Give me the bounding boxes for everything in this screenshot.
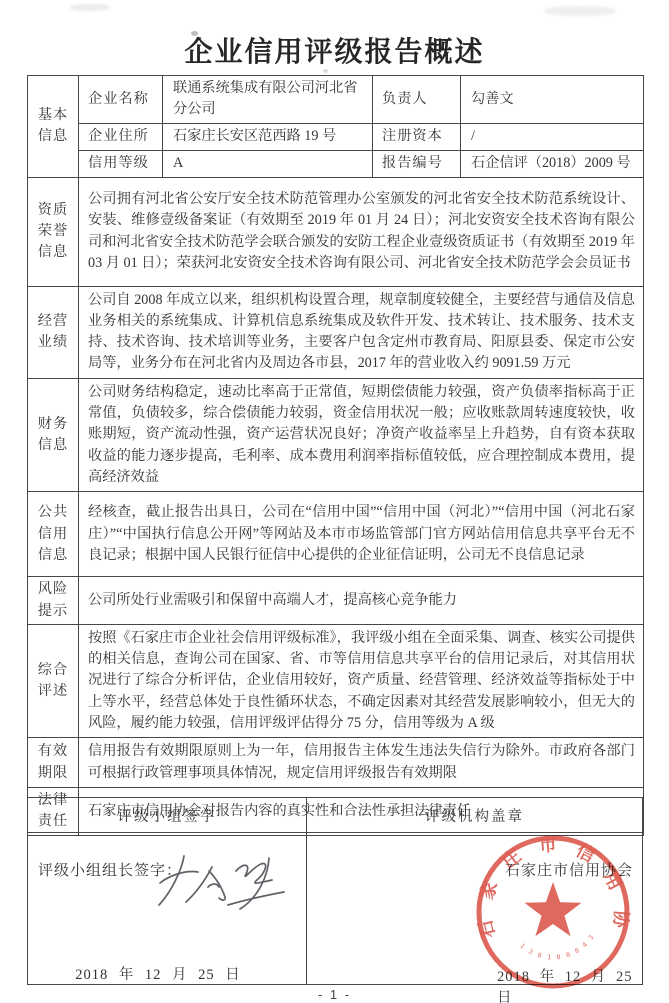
page-number: - 1 - xyxy=(0,987,669,1002)
field-value-person-in-charge: 勾善文 xyxy=(461,76,644,124)
scan-smudge xyxy=(545,6,615,16)
scanned-report-page: 企业信用评级报告概述 基本信息 企业名称 联通系统集成有限公司河北省分公司 负责… xyxy=(0,0,669,1003)
table-row: 公共信用信息 经核查，截止报告出具日，公司在“信用中国”“信用中国（河北）”“信… xyxy=(28,492,644,577)
section-label-financial-info: 财务信息 xyxy=(28,378,79,491)
seal-star-icon xyxy=(525,882,582,936)
section-content-financial-info: 公司财务结构稳定，速动比率高于正常值，短期偿债能力较强，资产负债率指标高于正常值… xyxy=(79,378,644,491)
rating-agency-seal-cell: 石家庄市信用协会 2018 年 12 月 25 日 石家庄市信用协会 13010… xyxy=(306,832,642,984)
section-content-public-credit-info: 经核查，截止报告出具日，公司在“信用中国”“信用中国（河北）”“信用中国（河北石… xyxy=(79,492,644,577)
field-label-report-number: 报告编号 xyxy=(373,150,461,177)
report-table: 基本信息 企业名称 联通系统集成有限公司河北省分公司 负责人 勾善文 企业住所 … xyxy=(27,75,644,836)
field-value-address: 石家庄长安区范西路 19 号 xyxy=(163,123,373,150)
field-label-credit-rating: 信用等级 xyxy=(79,150,163,177)
section-content-business-performance: 公司自 2008 年成立以来，组织机构设置合理，规章制度较健全，主要经营与通信及… xyxy=(79,286,644,378)
handwritten-signature xyxy=(156,851,296,921)
signature-block: 评级小组签字 评级机构盖章 评级小组组长签字： 2018 年 12 月 25 日 xyxy=(27,797,643,985)
table-row: 基本信息 企业名称 联通系统集成有限公司河北省分公司 负责人 勾善文 xyxy=(28,76,644,124)
section-content-comprehensive-review: 按照《石家庄市企业社会信用评级标准》，我评级小组在全面采集、调查、核实公司提供的… xyxy=(79,624,644,737)
section-label-comprehensive-review: 综合评述 xyxy=(28,624,79,737)
section-label-basic-info: 基本信息 xyxy=(28,76,79,178)
section-label-risk-warning: 风险提示 xyxy=(28,577,79,625)
red-circular-seal: 石家庄市信用协会 1301000430 xyxy=(468,827,638,997)
table-row: 经营业绩 公司自 2008 年成立以来，组织机构设置合理，规章制度较健全，主要经… xyxy=(28,286,644,378)
section-label-qualification-honor: 资质荣誉信息 xyxy=(28,177,79,286)
table-row: 综合评述 按照《石家庄市企业社会信用评级标准》，我评级小组在全面采集、调查、核实… xyxy=(28,624,644,737)
field-label-address: 企业住所 xyxy=(79,123,163,150)
section-label-business-performance: 经营业绩 xyxy=(28,286,79,378)
field-value-report-number: 石企信评（2018）2009 号 xyxy=(461,150,644,177)
table-row: 风险提示 公司所处行业需吸引和保留中高端人才，提高核心竞争能力 xyxy=(28,577,644,625)
field-label-registered-capital: 注册资本 xyxy=(373,123,461,150)
team-signature-date: 2018 年 12 月 25 日 xyxy=(28,963,288,984)
field-label-company-name: 企业名称 xyxy=(79,76,163,124)
rating-team-signature-cell: 评级小组组长签字： 2018 年 12 月 25 日 xyxy=(28,832,306,984)
field-label-person-in-charge: 负责人 xyxy=(373,76,461,124)
field-value-credit-rating: A xyxy=(163,150,373,177)
page-title: 企业信用评级报告概述 xyxy=(0,30,669,70)
table-row: 信用等级 A 报告编号 石企信评（2018）2009 号 xyxy=(28,150,644,177)
table-row: 企业住所 石家庄长安区范西路 19 号 注册资本 / xyxy=(28,123,644,150)
section-content-qualification-honor: 公司拥有河北省公安厅安全技术防范管理办公室颁发的河北省安全技术防范系统设计、安装… xyxy=(79,177,644,286)
table-row: 资质荣誉信息 公司拥有河北省公安厅安全技术防范管理办公室颁发的河北省安全技术防范… xyxy=(28,177,644,286)
table-row: 财务信息 公司财务结构稳定，速动比率高于正常值，短期偿债能力较强，资产负债率指标… xyxy=(28,378,644,491)
scan-smudge xyxy=(70,4,110,11)
rating-team-signature-header: 评级小组签字 xyxy=(28,798,306,832)
rating-team-signature-header-cell: 评级小组签字 xyxy=(28,798,306,832)
table-row: 有效期限 信用报告有效期限原则上为一年，信用报告主体发生违法失信行为除外。市政府… xyxy=(28,738,644,788)
section-label-public-credit-info: 公共信用信息 xyxy=(28,492,79,577)
section-content-risk-warning: 公司所处行业需吸引和保留中高端人才，提高核心竞争能力 xyxy=(79,577,644,625)
section-content-validity-period: 信用报告有效期限原则上为一年，信用报告主体发生违法失信行为除外。市政府各部门可根… xyxy=(79,738,644,788)
field-value-registered-capital: / xyxy=(461,123,644,150)
section-label-validity-period: 有效期限 xyxy=(28,738,79,788)
field-value-company-name: 联通系统集成有限公司河北省分公司 xyxy=(163,76,373,124)
